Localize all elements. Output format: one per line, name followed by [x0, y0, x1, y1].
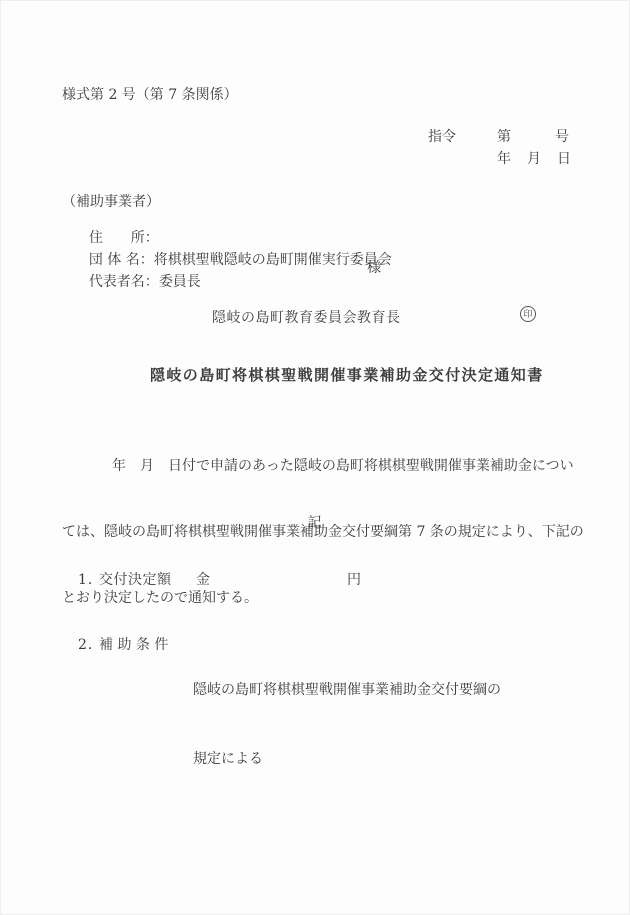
recipient-representative-row: 代表者名：委員長 [71, 261, 201, 303]
item1-label: 交付決定額 [99, 573, 172, 587]
directive-number-suffix: 号 [555, 130, 569, 144]
document-title: 隠岐の島町将棋棋聖戦開催事業補助金交付決定通知書 [150, 368, 544, 383]
issuer-title: 隠岐の島町教育委員会教育長 [212, 311, 401, 325]
item2-value-line: 隠岐の島町将棋棋聖戦開催事業補助金交付要綱の [193, 679, 501, 702]
body-line: とおり決定したので通知する。 [62, 587, 574, 609]
item1-amount-prefix: 金 [196, 573, 210, 587]
body-paragraph: 年 月 日付で申請のあった隠岐の島町将棋棋聖戦開催事業補助金につい ては、隠岐の… [62, 411, 574, 653]
body-line: 年 月 日付で申請のあった隠岐の島町将棋棋聖戦開催事業補助金につい [62, 455, 574, 477]
seal-stamp-icon: 印 [520, 306, 536, 322]
representative-label: 代表者名： [89, 274, 159, 290]
honorific-label: 様 [367, 261, 381, 275]
directive-label: 指令 [428, 130, 456, 144]
document-page: 様式第 2 号（第 7 条関係） 指令 第 号 年 月 日 （補助事業者） 住 … [0, 0, 630, 915]
item2-value-line: 規定による [193, 748, 501, 771]
representative-title: 委員長 [159, 274, 201, 290]
date-day-label: 日 [557, 152, 571, 166]
item1-amount-suffix: 円 [347, 573, 361, 587]
directive-number-prefix: 第 [497, 130, 511, 144]
ki-divider-label: 記 [0, 516, 630, 530]
item2-value: 隠岐の島町将棋棋聖戦開催事業補助金交付要綱の 規定による [193, 633, 501, 817]
item2-label: 補 助 条 件 [99, 638, 168, 652]
date-month-label: 月 [527, 152, 541, 166]
form-number: 様式第 2 号（第 7 条関係） [62, 88, 238, 102]
recipient-section-label: （補助事業者） [62, 195, 160, 209]
date-year-label: 年 [497, 152, 511, 166]
